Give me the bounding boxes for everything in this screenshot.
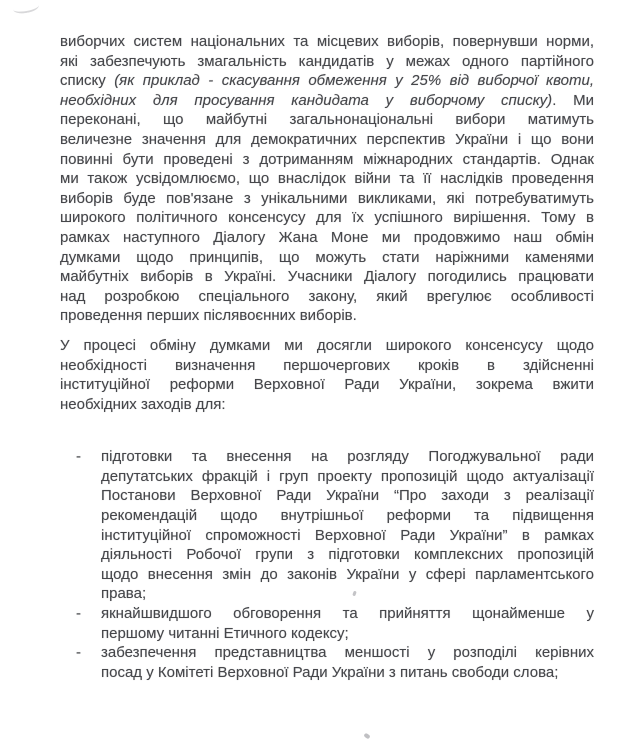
text-line: проведення перших післявоєнних виборів. xyxy=(60,306,594,326)
text-run: проведення перших післявоєнних виборів. xyxy=(60,307,357,324)
text-run: посад у Комітеті Верховної Ради України … xyxy=(101,664,558,681)
text-run: виборів буде пов'язане з унікальними вик… xyxy=(60,190,594,207)
bullet-marker: - xyxy=(76,643,81,663)
text-line: інституційної реформи Верховної Ради Укр… xyxy=(60,375,594,395)
text-line: виборчих систем національних та місцевих… xyxy=(60,32,594,52)
paragraph: виборчих систем національних та місцевих… xyxy=(60,32,594,326)
text-run: майбутніх виборів в Україні. Учасники Ді… xyxy=(60,268,594,285)
text-line: підготовки та внесення на розгляду Погод… xyxy=(101,447,594,467)
scan-artifact-corner xyxy=(12,0,40,15)
text-run: права; xyxy=(101,585,146,602)
text-line: рекомендацій щодо внутрішньої реформи та… xyxy=(101,506,594,526)
document-body: виборчих систем національних та місцевих… xyxy=(60,32,594,682)
text-line: Постанови Верховної Ради України “Про за… xyxy=(101,486,594,506)
list-item: -забезпечення представництва меншості у … xyxy=(60,643,594,682)
text-line: першому читанні Етичного кодексу; xyxy=(101,624,594,644)
text-run: переконані, що майбутні загальнонаціонал… xyxy=(60,111,594,128)
text-line: майбутніх виборів в Україні. Учасники Ді… xyxy=(60,267,594,287)
text-line: думками щодо принципів, що можуть стати … xyxy=(60,248,594,268)
text-run: інституційної реформи Верховної Ради Укр… xyxy=(60,376,594,393)
text-run: повинні бути проведені з дотриманням між… xyxy=(60,151,594,168)
text-run: ми також усвідомлюємо, що внаслідок війн… xyxy=(60,170,594,187)
text-run: рекомендацій щодо внутрішньої реформи та… xyxy=(101,507,594,524)
text-run: величезне значення для демократичних пер… xyxy=(60,131,594,148)
text-run: широкого політичного консенсусу для їх у… xyxy=(60,209,594,226)
text-run: необхідності визначення першочергових кр… xyxy=(60,357,594,374)
text-line: діяльності Робочої групи з підготовки ко… xyxy=(101,545,594,565)
text-line: щодо внесення змін до законів України у … xyxy=(101,565,594,585)
italic-text-run: необхідних для просування кандидата у ви… xyxy=(60,92,552,109)
list-item: -підготовки та внесення на розгляду Пого… xyxy=(60,447,594,604)
text-run: якнайшвидшого обговорення та прийняття щ… xyxy=(101,605,594,622)
text-run: підготовки та внесення на розгляду Погод… xyxy=(101,448,594,465)
text-line: якнайшвидшого обговорення та прийняття щ… xyxy=(101,604,594,624)
text-line: забезпечення представництва меншості у р… xyxy=(101,643,594,663)
paragraph: У процесі обміну думками ми досягли широ… xyxy=(60,336,594,414)
text-line: широкого політичного консенсусу для їх у… xyxy=(60,208,594,228)
bullet-list: -підготовки та внесення на розгляду Пого… xyxy=(60,447,594,682)
text-line: переконані, що майбутні загальнонаціонал… xyxy=(60,110,594,130)
list-item: -якнайшвидшого обговорення та прийняття … xyxy=(60,604,594,643)
page: виборчих систем національних та місцевих… xyxy=(0,0,625,748)
text-line: посад у Комітеті Верховної Ради України … xyxy=(101,663,594,683)
text-run: над розробкою спеціального закону, який … xyxy=(60,288,594,305)
text-line: величезне значення для демократичних пер… xyxy=(60,130,594,150)
text-line: виборів буде пов'язане з унікальними вик… xyxy=(60,189,594,209)
text-run: щодо внесення змін до законів України у … xyxy=(101,566,594,583)
text-run: Постанови Верховної Ради України “Про за… xyxy=(101,487,594,504)
text-line: інституційної спроможності Верховної Рад… xyxy=(101,526,594,546)
text-run: думками щодо принципів, що можуть стати … xyxy=(60,249,594,266)
text-run: забезпечення представництва меншості у р… xyxy=(101,644,594,661)
text-run: рамках наступного Діалогу Жана Моне ми п… xyxy=(60,229,594,246)
text-line: необхідних для просування кандидата у ви… xyxy=(60,91,594,111)
text-run: які забезпечують змагальність кандидатів… xyxy=(60,53,594,70)
text-line: необхідних заходів для: xyxy=(60,395,594,415)
text-line: ми також усвідомлюємо, що внаслідок війн… xyxy=(60,169,594,189)
text-line: повинні бути проведені з дотриманням між… xyxy=(60,150,594,170)
text-line: які забезпечують змагальність кандидатів… xyxy=(60,52,594,72)
text-run: У процесі обміну думками ми досягли широ… xyxy=(60,337,594,354)
bullet-marker: - xyxy=(76,604,81,624)
text-run: першому читанні Етичного кодексу; xyxy=(101,625,349,642)
text-run: депутатських фракцій і груп проекту проп… xyxy=(101,468,594,485)
text-line: рамках наступного Діалогу Жана Моне ми п… xyxy=(60,228,594,248)
text-line: списку (як приклад - скасування обмеженн… xyxy=(60,71,594,91)
text-line: над розробкою спеціального закону, який … xyxy=(60,287,594,307)
text-run: . Ми xyxy=(552,92,594,109)
text-run: інституційної спроможності Верховної Рад… xyxy=(101,527,594,544)
text-line: права; xyxy=(101,584,594,604)
text-run: необхідних заходів для: xyxy=(60,396,226,413)
text-line: необхідності визначення першочергових кр… xyxy=(60,356,594,376)
scan-artifact-speck xyxy=(363,733,370,740)
text-line: депутатських фракцій і груп проекту проп… xyxy=(101,467,594,487)
text-run: виборчих систем національних та місцевих… xyxy=(60,33,594,50)
italic-text-run: (як приклад - скасування обмеження у 25%… xyxy=(114,72,594,89)
text-run: діяльності Робочої групи з підготовки ко… xyxy=(101,546,594,563)
text-line: У процесі обміну думками ми досягли широ… xyxy=(60,336,594,356)
bullet-marker: - xyxy=(76,447,81,467)
text-run: списку xyxy=(60,72,114,89)
